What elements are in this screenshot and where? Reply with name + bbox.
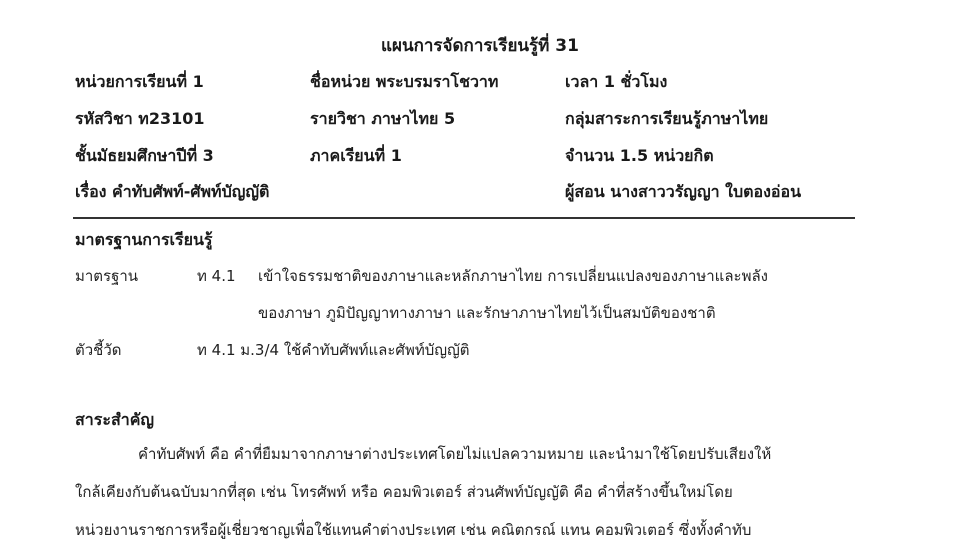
key-concept-line: ใกล้เคียงกับต้นฉบับมากที่สุด เช่น โทรศัพ… (75, 480, 865, 504)
course-name: รายวิชา ภาษาไทย 5 (310, 107, 455, 132)
standard-text-line2: ของภาษา ภูมิปัญญาทางภาษา และรักษาภาษาไทย… (258, 301, 716, 325)
lesson-topic: เรื่อง คำทับศัพท์-ศัพท์บัญญัติ (75, 180, 269, 205)
unit-number: หน่วยการเรียนที่ 1 (75, 70, 204, 95)
course-code: รหัสวิชา ท23101 (75, 107, 205, 132)
duration: เวลา 1 ชั่วโมง (565, 70, 667, 95)
horizontal-divider (73, 217, 855, 219)
indicator-label: ตัวชี้วัด (75, 338, 122, 362)
teacher-name: ผู้สอน นางสาววรัญญา ใบตองอ่อน (565, 180, 801, 205)
indicator-text: ท 4.1 ม.3/4 ใช้คำทับศัพท์และศัพท์บัญญัติ (197, 338, 470, 362)
key-concept-heading: สาระสำคัญ (75, 408, 154, 433)
learning-standards-heading: มาตรฐานการเรียนรู้ (75, 228, 213, 253)
subject-group: กลุ่มสาระการเรียนรู้ภาษาไทย (565, 107, 768, 132)
credits: จำนวน 1.5 หน่วยกิต (565, 144, 714, 169)
grade-level: ชั้นมัธยมศึกษาปีที่ 3 (75, 144, 214, 169)
key-concept-line: หน่วยงานราชการหรือผู้เชี่ยวชาญเพื่อใช้แท… (75, 518, 865, 540)
document-title: แผนการจัดการเรียนรู้ที่ 31 (0, 32, 960, 59)
standard-text-line1: เข้าใจธรรมชาติของภาษาและหลักภาษาไทย การเ… (258, 264, 768, 288)
key-concept-line: คำทับศัพท์ คือ คำที่ยืมมาจากภาษาต่างประเ… (138, 442, 928, 466)
standard-label: มาตรฐาน (75, 264, 138, 288)
semester: ภาคเรียนที่ 1 (310, 144, 402, 169)
standard-code: ท 4.1 (197, 264, 236, 288)
unit-name: ชื่อหน่วย พระบรมราโชวาท (310, 70, 498, 95)
